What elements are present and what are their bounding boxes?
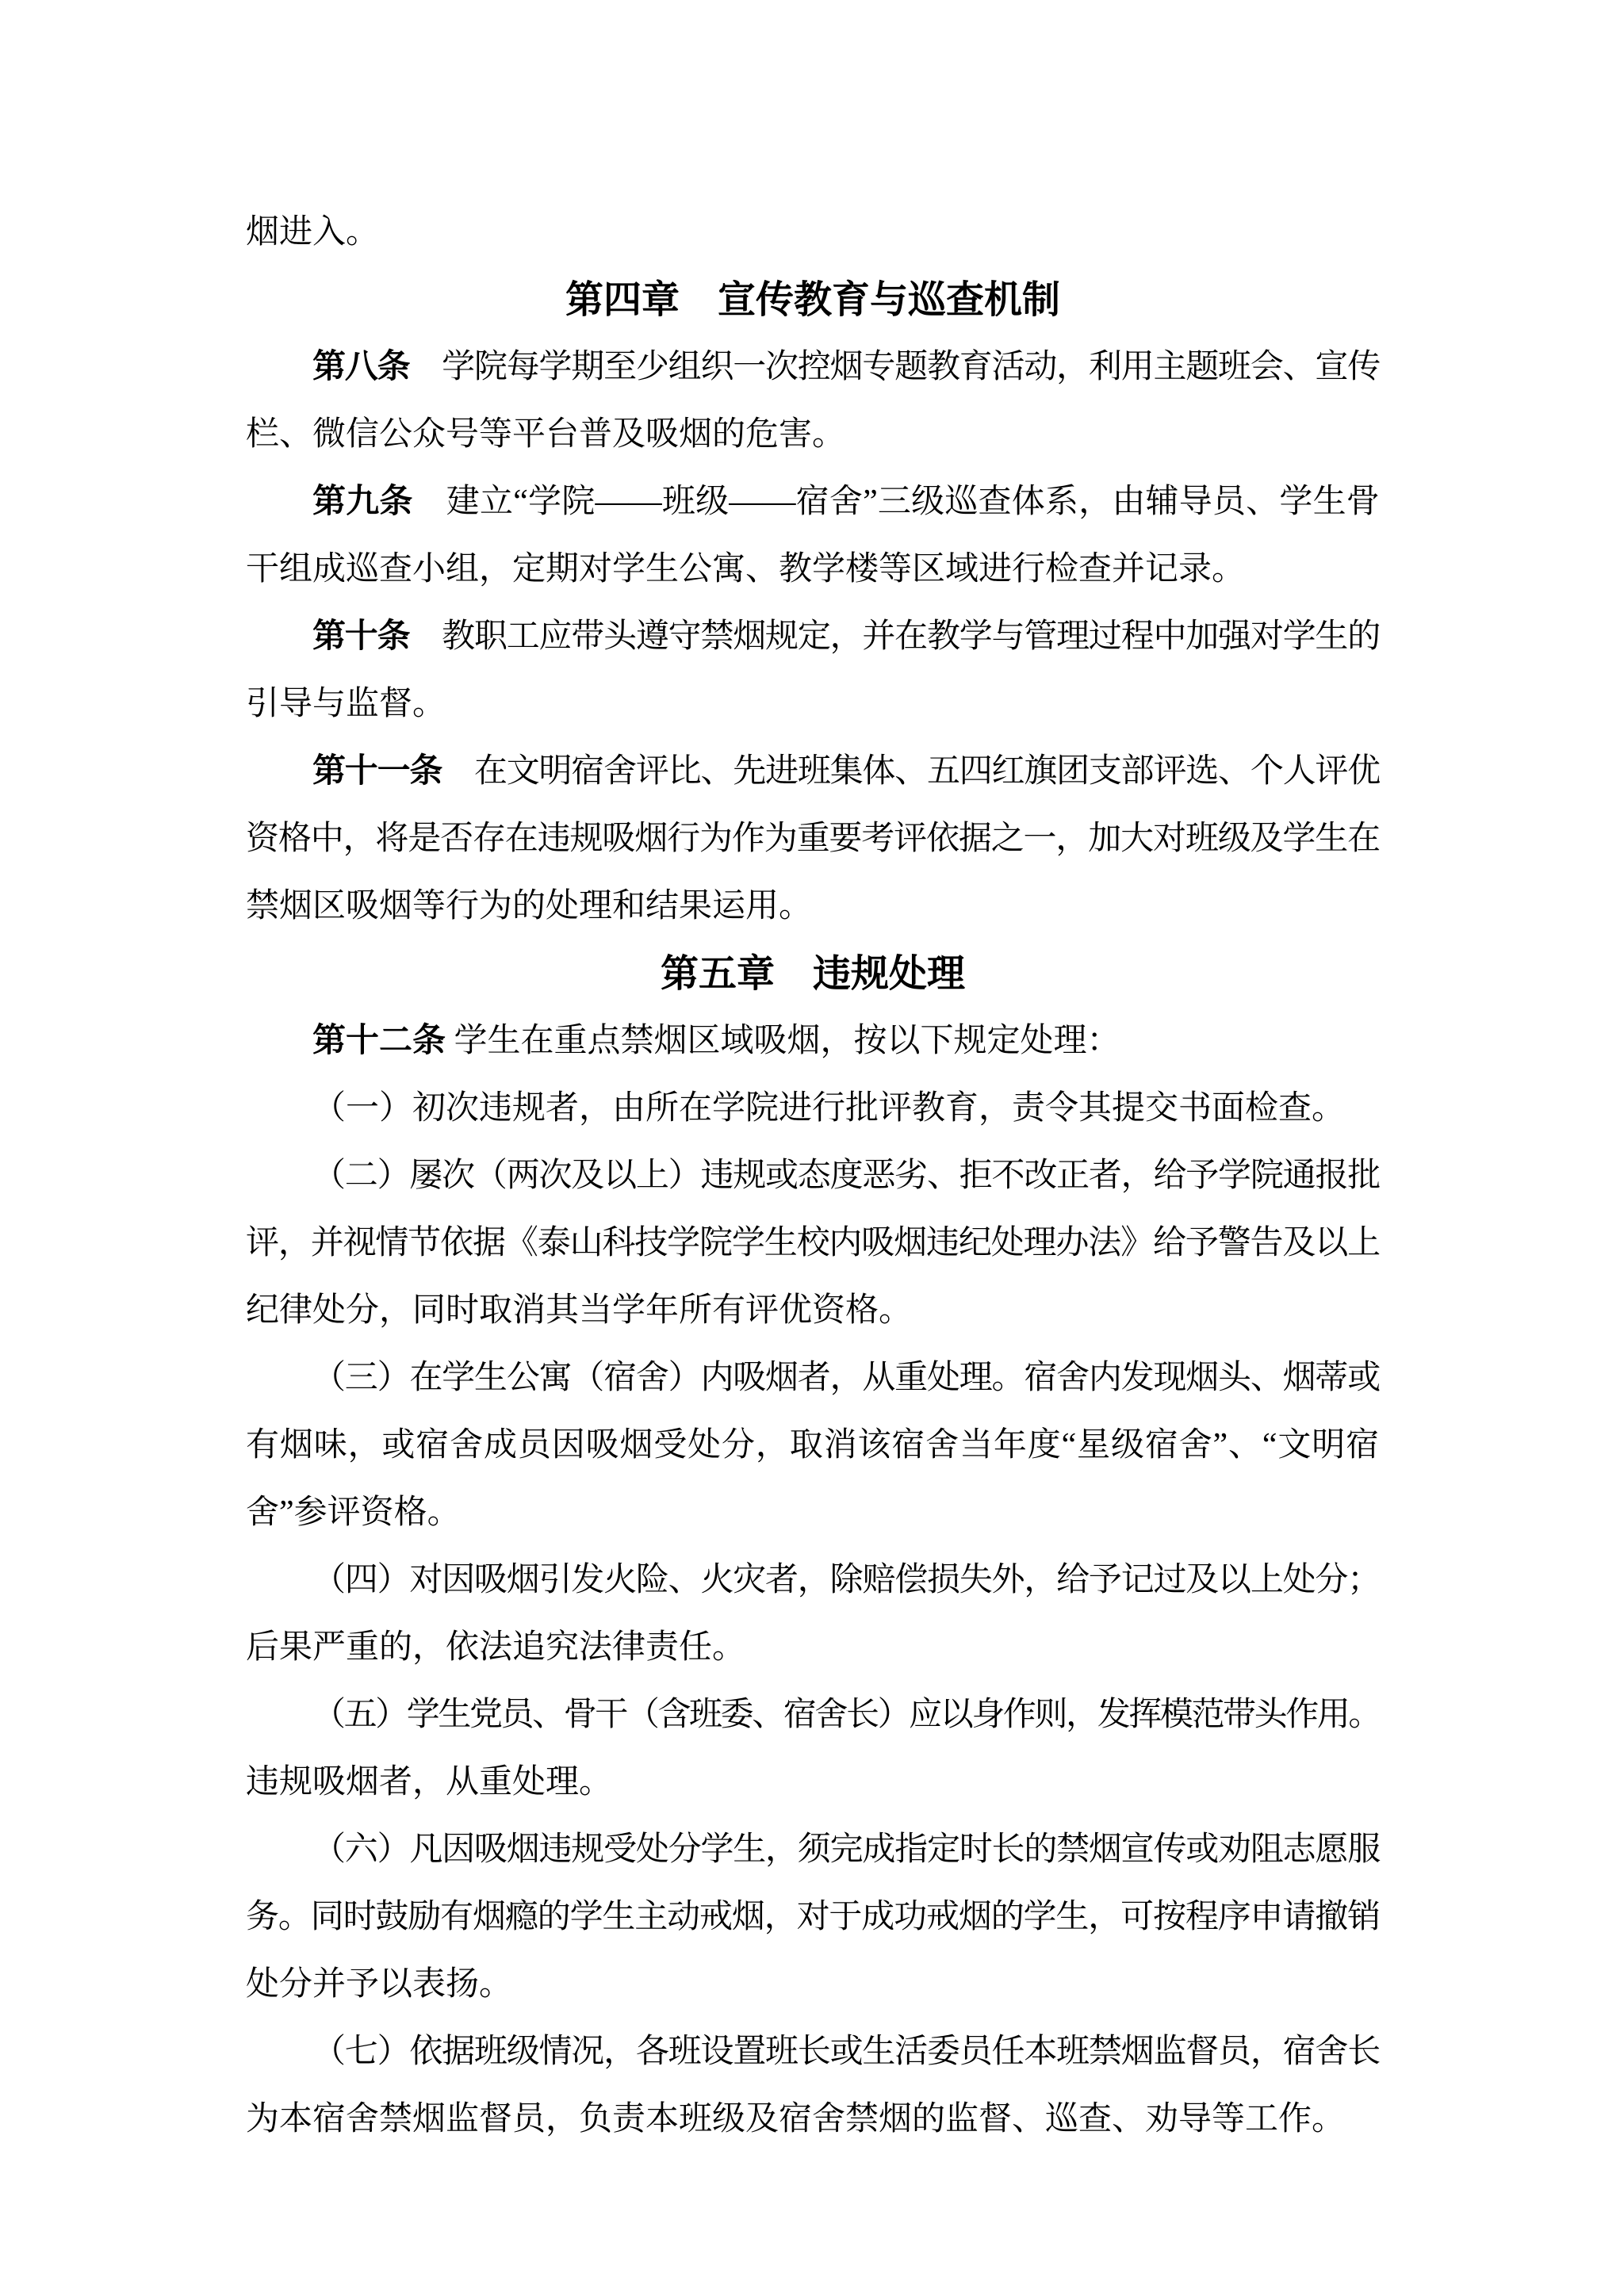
bold-text-segment: 第五章 违规处理 <box>661 953 965 995</box>
text-line-content: 第八条 学院每学期至少组织一次控烟专题教育活动，利用主题班会、宣传 <box>312 349 1380 385</box>
text-segment: 为本宿舍禁烟监督员，负责本班级及宿舍禁烟的监督、巡查、劝导等工作。 <box>246 2101 1345 2137</box>
text-line: 禁烟区吸烟等行为的处理和结果运用。 <box>246 873 1380 940</box>
text-line: （二）屡次（两次及以上）违规或态度恶劣、拒不改正者，给予学院通报批 <box>246 1142 1380 1210</box>
text-line-content: 第五章 违规处理 <box>661 953 965 995</box>
text-segment: 务。同时鼓励有烟瘾的学生主动戒烟，对于成功戒烟的学生，可按程序申请撤销 <box>246 1899 1380 1935</box>
text-line: 为本宿舍禁烟监督员，负责本班级及宿舍禁烟的监督、巡查、劝导等工作。 <box>246 2086 1380 2153</box>
text-line: （四）对因吸烟引发火险、火灾者，除赔偿损失外，给予记过及以上处分； <box>246 1547 1380 1614</box>
text-segment: 有烟味，或宿舍成员因吸烟受处分，取消该宿舍当年度“星级宿舍”、“文明宿 <box>246 1427 1380 1464</box>
text-line-content: （四）对因吸烟引发火险、火灾者，除赔偿损失外，给予记过及以上处分； <box>312 1562 1380 1598</box>
text-line-content: （六）凡因吸烟违规受处分学生，须完成指定时长的禁烟宣传或劝阻志愿服 <box>312 1831 1380 1868</box>
text-line-content: 第十条 教职工应带头遵守禁烟规定，并在教学与管理过程中加强对学生的 <box>312 618 1380 655</box>
text-line: 第九条 建立“学院——班级——宿舍”三级巡查体系，由辅导员、学生骨 <box>246 469 1380 536</box>
text-segment: 学生在重点禁烟区域吸烟，按以下规定处理： <box>446 1023 1120 1059</box>
text-line: 资格中，将是否存在违规吸烟行为作为重要考评依据之一，加大对班级及学生在 <box>246 806 1380 873</box>
text-segment: 栏、微信公众号等平台普及吸烟的危害。 <box>246 416 845 453</box>
text-segment: 引导与监督。 <box>246 686 446 722</box>
text-line: 处分并予以表扬。 <box>246 1951 1380 2019</box>
bold-text-segment: 第十二条 <box>312 1023 446 1059</box>
chapter-heading: 第四章 宣传教育与巡查机制 <box>246 266 1380 334</box>
text-line-content: 纪律处分，同时取消其当学年所有评优资格。 <box>246 1292 912 1329</box>
text-segment: （二）屡次（两次及以上）违规或态度恶劣、拒不改正者，给予学院通报批 <box>312 1158 1380 1194</box>
text-line-content: 舍”参评资格。 <box>246 1494 461 1531</box>
text-segment: 违规吸烟者，从重处理。 <box>246 1764 612 1800</box>
text-line-content: 评，并视情节依据《泰山科技学院学生校内吸烟违纪处理办法》给予警告及以上 <box>246 1225 1380 1261</box>
text-line: （一）初次违规者，由所在学院进行批评教育，责令其提交书面检查。 <box>246 1075 1380 1142</box>
text-line-content: 为本宿舍禁烟监督员，负责本班级及宿舍禁烟的监督、巡查、劝导等工作。 <box>246 2101 1345 2137</box>
text-segment: 建立“学院——班级——宿舍”三级巡查体系，由辅导员、学生骨 <box>413 484 1380 520</box>
bold-text-segment: 第九条 <box>312 484 413 520</box>
text-line-content: （五）学生党员、骨干（含班委、宿舍长）应以身作则，发挥模范带头作用。 <box>312 1697 1380 1733</box>
text-line-content: 第十一条 在文明宿舍评比、先进班集体、五四红旗团支部评选、个人评优 <box>312 753 1380 790</box>
text-line-content: 第四章 宣传教育与巡查机制 <box>565 279 1060 321</box>
text-segment: 烟进入。 <box>246 214 379 251</box>
text-segment: 禁烟区吸烟等行为的处理和结果运用。 <box>246 888 812 924</box>
document-text-block: 烟进入。第四章 宣传教育与巡查机制第八条 学院每学期至少组织一次控烟专题教育活动… <box>246 199 1380 2153</box>
document-page: 烟进入。第四章 宣传教育与巡查机制第八条 学院每学期至少组织一次控烟专题教育活动… <box>0 0 1624 2296</box>
text-line-content: （七）依据班级情况，各班设置班长或生活委员任本班禁烟监督员，宿舍长 <box>312 2034 1380 2070</box>
text-line: （六）凡因吸烟违规受处分学生，须完成指定时长的禁烟宣传或劝阻志愿服 <box>246 1816 1380 1884</box>
text-line-content: 后果严重的，依法追究法律责任。 <box>246 1629 745 1666</box>
text-segment: （六）凡因吸烟违规受处分学生，须完成指定时长的禁烟宣传或劝阻志愿服 <box>312 1831 1380 1868</box>
bold-text-segment: 第八条 <box>312 349 409 385</box>
bold-text-segment: 第四章 宣传教育与巡查机制 <box>565 279 1060 321</box>
text-segment: 纪律处分，同时取消其当学年所有评优资格。 <box>246 1292 912 1329</box>
text-line-content: 烟进入。 <box>246 214 379 251</box>
text-line-content: 禁烟区吸烟等行为的处理和结果运用。 <box>246 888 812 924</box>
text-segment: （五）学生党员、骨干（含班委、宿舍长）应以身作则，发挥模范带头作用。 <box>312 1697 1380 1733</box>
text-segment: 干组成巡查小组，定期对学生公寓、教学楼等区域进行检查并记录。 <box>246 551 1245 587</box>
text-line: 引导与监督。 <box>246 671 1380 738</box>
text-segment: 后果严重的，依法追究法律责任。 <box>246 1629 745 1666</box>
chapter-heading: 第五章 违规处理 <box>246 940 1380 1008</box>
text-segment: （三）在学生公寓（宿舍）内吸烟者，从重处理。宿舍内发现烟头、烟蒂或 <box>312 1360 1380 1396</box>
text-line-content: 引导与监督。 <box>246 686 446 722</box>
text-line: 干组成巡查小组，定期对学生公寓、教学楼等区域进行检查并记录。 <box>246 536 1380 603</box>
text-segment: 处分并予以表扬。 <box>246 1966 512 2003</box>
text-line: 舍”参评资格。 <box>246 1479 1380 1547</box>
text-line: （七）依据班级情况，各班设置班长或生活委员任本班禁烟监督员，宿舍长 <box>246 2019 1380 2086</box>
text-line: 纪律处分，同时取消其当学年所有评优资格。 <box>246 1277 1380 1345</box>
text-line: 栏、微信公众号等平台普及吸烟的危害。 <box>246 401 1380 469</box>
text-segment: （一）初次违规者，由所在学院进行批评教育，责令其提交书面检查。 <box>312 1090 1345 1127</box>
text-line: 评，并视情节依据《泰山科技学院学生校内吸烟违纪处理办法》给予警告及以上 <box>246 1210 1380 1277</box>
bold-text-segment: 第十一条 <box>312 753 442 790</box>
text-segment: 舍”参评资格。 <box>246 1494 461 1531</box>
text-line-content: 资格中，将是否存在违规吸烟行为作为重要考评依据之一，加大对班级及学生在 <box>246 821 1380 857</box>
text-line: 违规吸烟者，从重处理。 <box>246 1749 1380 1816</box>
text-line-content: 第九条 建立“学院——班级——宿舍”三级巡查体系，由辅导员、学生骨 <box>312 484 1380 520</box>
text-segment: 资格中，将是否存在违规吸烟行为作为重要考评依据之一，加大对班级及学生在 <box>246 821 1380 857</box>
text-segment: 学院每学期至少组织一次控烟专题教育活动，利用主题班会、宣传 <box>409 349 1380 385</box>
text-segment: （七）依据班级情况，各班设置班长或生活委员任本班禁烟监督员，宿舍长 <box>312 2034 1380 2070</box>
text-line: 第十一条 在文明宿舍评比、先进班集体、五四红旗团支部评选、个人评优 <box>246 738 1380 806</box>
text-line-content: （三）在学生公寓（宿舍）内吸烟者，从重处理。宿舍内发现烟头、烟蒂或 <box>312 1360 1380 1396</box>
text-segment: 教职工应带头遵守禁烟规定，并在教学与管理过程中加强对学生的 <box>409 618 1380 655</box>
text-line: 第十二条 学生在重点禁烟区域吸烟，按以下规定处理： <box>246 1008 1380 1075</box>
text-line-content: 第十二条 学生在重点禁烟区域吸烟，按以下规定处理： <box>312 1023 1120 1059</box>
text-line: 第十条 教职工应带头遵守禁烟规定，并在教学与管理过程中加强对学生的 <box>246 603 1380 671</box>
text-segment: 评，并视情节依据《泰山科技学院学生校内吸烟违纪处理办法》给予警告及以上 <box>246 1225 1380 1261</box>
text-line: （三）在学生公寓（宿舍）内吸烟者，从重处理。宿舍内发现烟头、烟蒂或 <box>246 1345 1380 1412</box>
text-line-content: 有烟味，或宿舍成员因吸烟受处分，取消该宿舍当年度“星级宿舍”、“文明宿 <box>246 1427 1380 1464</box>
text-line: 有烟味，或宿舍成员因吸烟受处分，取消该宿舍当年度“星级宿舍”、“文明宿 <box>246 1412 1380 1479</box>
text-line-content: 栏、微信公众号等平台普及吸烟的危害。 <box>246 416 845 453</box>
text-line-content: 干组成巡查小组，定期对学生公寓、教学楼等区域进行检查并记录。 <box>246 551 1245 587</box>
text-line-content: （二）屡次（两次及以上）违规或态度恶劣、拒不改正者，给予学院通报批 <box>312 1158 1380 1194</box>
text-segment: 在文明宿舍评比、先进班集体、五四红旗团支部评选、个人评优 <box>442 753 1380 790</box>
text-line: 后果严重的，依法追究法律责任。 <box>246 1614 1380 1682</box>
text-line-content: 务。同时鼓励有烟瘾的学生主动戒烟，对于成功戒烟的学生，可按程序申请撤销 <box>246 1899 1380 1935</box>
text-line-content: 违规吸烟者，从重处理。 <box>246 1764 612 1800</box>
bold-text-segment: 第十条 <box>312 618 409 655</box>
text-line: （五）学生党员、骨干（含班委、宿舍长）应以身作则，发挥模范带头作用。 <box>246 1682 1380 1749</box>
text-segment: （四）对因吸烟引发火险、火灾者，除赔偿损失外，给予记过及以上处分； <box>312 1562 1380 1598</box>
text-line-content: 处分并予以表扬。 <box>246 1966 512 2003</box>
text-line: 务。同时鼓励有烟瘾的学生主动戒烟，对于成功戒烟的学生，可按程序申请撤销 <box>246 1884 1380 1951</box>
text-line: 烟进入。 <box>246 199 1380 266</box>
text-line: 第八条 学院每学期至少组织一次控烟专题教育活动，利用主题班会、宣传 <box>246 334 1380 401</box>
text-line-content: （一）初次违规者，由所在学院进行批评教育，责令其提交书面检查。 <box>312 1090 1345 1127</box>
